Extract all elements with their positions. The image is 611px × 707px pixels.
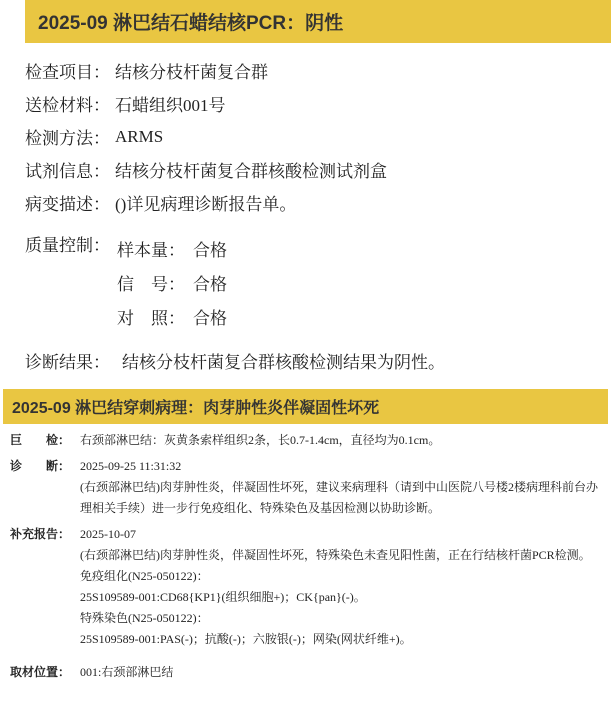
row-content: 001:右颈部淋巴结 — [80, 662, 602, 683]
special-stain-heading: 特殊染色(N25-050122)： — [80, 608, 602, 629]
qc-item-value: 合格 — [193, 236, 227, 261]
pcr-report-title: 2025-09 淋巴结石蜡结核PCR：阴性 — [38, 8, 343, 35]
quality-control-items: 样本量： 合格 信 号： 合格 对 照： 合格 — [117, 231, 227, 333]
diagnosis-result-row: 诊断结果： 结核分枝杆菌复合群核酸检测结果为阴性。 — [25, 340, 611, 380]
field-value: ()详见病理诊断报告单。 — [115, 190, 296, 215]
row-sampling-site: 取材位置： 001:右颈部淋巴结 — [10, 662, 603, 683]
row-label: 取材位置： — [10, 662, 80, 683]
qc-item-signal: 信 号： 合格 — [117, 265, 227, 299]
report-line: 右颈部淋巴结：灰黄条索样组织2条，长0.7-1.4cm，直径均为0.1cm。 — [80, 430, 602, 451]
diagnosis-value: 结核分枝杆菌复合群核酸检测结果为阴性。 — [122, 348, 445, 373]
qc-item-label: 信 号： — [117, 270, 185, 295]
field-row-lesion-desc: 病变描述： ()详见病理诊断报告单。 — [25, 186, 611, 219]
row-supplementary-report: 补充报告： 2025-10-07 (右颈部淋巴结)肉芽肿性炎，伴凝固性坏死，特殊… — [10, 524, 603, 650]
qc-item-value: 合格 — [193, 270, 227, 295]
supplementary-date: 2025-10-07 — [80, 524, 602, 545]
field-label: 送检材料： — [25, 91, 110, 116]
pathology-report-body: 巨 检： 右颈部淋巴结：灰黄条索样组织2条，长0.7-1.4cm，直径均为0.1… — [10, 430, 603, 683]
row-content: 右颈部淋巴结：灰黄条索样组织2条，长0.7-1.4cm，直径均为0.1cm。 — [80, 430, 602, 451]
field-value: 结核分枝杆菌复合群核酸检测试剂盒 — [115, 157, 387, 182]
row-label: 巨 检： — [10, 430, 80, 451]
row-content: 2025-10-07 (右颈部淋巴结)肉芽肿性炎，伴凝固性坏死，特殊染色未查见阳… — [80, 524, 602, 650]
field-row-method: 检测方法： ARMS — [25, 120, 611, 153]
qc-item-label: 样本量： — [117, 236, 185, 261]
field-value: ARMS — [115, 127, 163, 147]
row-content: 2025-09-25 11:31:32 (右颈部淋巴结)肉芽肿性炎，伴凝固性坏死… — [80, 456, 602, 519]
row-label: 诊 断： — [10, 456, 80, 519]
field-row-reagent: 试剂信息： 结核分枝杆菌复合群核酸检测试剂盒 — [25, 153, 611, 186]
field-label: 检查项目： — [25, 58, 110, 83]
field-label: 试剂信息： — [25, 157, 110, 182]
diagnosis-timestamp: 2025-09-25 11:31:32 — [80, 456, 602, 477]
pathology-report-title: 2025-09 淋巴结穿刺病理：肉芽肿性炎伴凝固性坏死 — [12, 395, 379, 418]
qc-item-label: 对 照： — [117, 304, 185, 329]
sampling-site-value: 001:右颈部淋巴结 — [80, 662, 602, 683]
row-label: 补充报告： — [10, 524, 80, 650]
diagnosis-text: (右颈部淋巴结)肉芽肿性炎，伴凝固性坏死，建议来病理科（请到中山医院八号楼2楼病… — [80, 477, 602, 519]
quality-control-block: 质量控制： 样本量： 合格 信 号： 合格 对 照： 合格 — [25, 231, 611, 333]
supplementary-text: (右颈部淋巴结)肉芽肿性炎，伴凝固性坏死，特殊染色未查见阳性菌，正在行结核杆菌P… — [80, 545, 602, 566]
pathology-report-header: 2025-09 淋巴结穿刺病理：肉芽肿性炎伴凝固性坏死 — [3, 389, 608, 424]
qc-item-sample: 样本量： 合格 — [117, 231, 227, 265]
qc-item-value: 合格 — [193, 304, 227, 329]
qc-item-control: 对 照： 合格 — [117, 299, 227, 333]
pcr-report-body: 检查项目： 结核分枝杆菌复合群 送检材料： 石蜡组织001号 检测方法： ARM… — [25, 43, 611, 380]
quality-control-label: 质量控制： — [25, 231, 110, 333]
row-gross-exam: 巨 检： 右颈部淋巴结：灰黄条索样组织2条，长0.7-1.4cm，直径均为0.1… — [10, 430, 603, 451]
field-row-specimen: 送检材料： 石蜡组织001号 — [25, 87, 611, 120]
row-diagnosis: 诊 断： 2025-09-25 11:31:32 (右颈部淋巴结)肉芽肿性炎，伴… — [10, 456, 603, 519]
field-value: 石蜡组织001号 — [115, 91, 226, 116]
diagnosis-label: 诊断结果： — [25, 348, 110, 373]
field-label: 病变描述： — [25, 190, 110, 215]
ihc-result: 25S109589-001:CD68{KP1}(组织细胞+)；CK{pan}(-… — [80, 587, 602, 608]
field-value: 结核分枝杆菌复合群 — [115, 58, 268, 83]
field-row-exam-item: 检查项目： 结核分枝杆菌复合群 — [25, 54, 611, 87]
medical-report-page: 2025-09 淋巴结石蜡结核PCR：阴性 检查项目： 结核分枝杆菌复合群 送检… — [0, 0, 611, 683]
ihc-heading: 免疫组化(N25-050122)： — [80, 566, 602, 587]
pcr-report-header: 2025-09 淋巴结石蜡结核PCR：阴性 — [25, 0, 611, 43]
special-stain-result: 25S109589-001:PAS(-)；抗酸(-)；六胺银(-)；网染(网状纤… — [80, 629, 602, 650]
field-label: 检测方法： — [25, 124, 110, 149]
